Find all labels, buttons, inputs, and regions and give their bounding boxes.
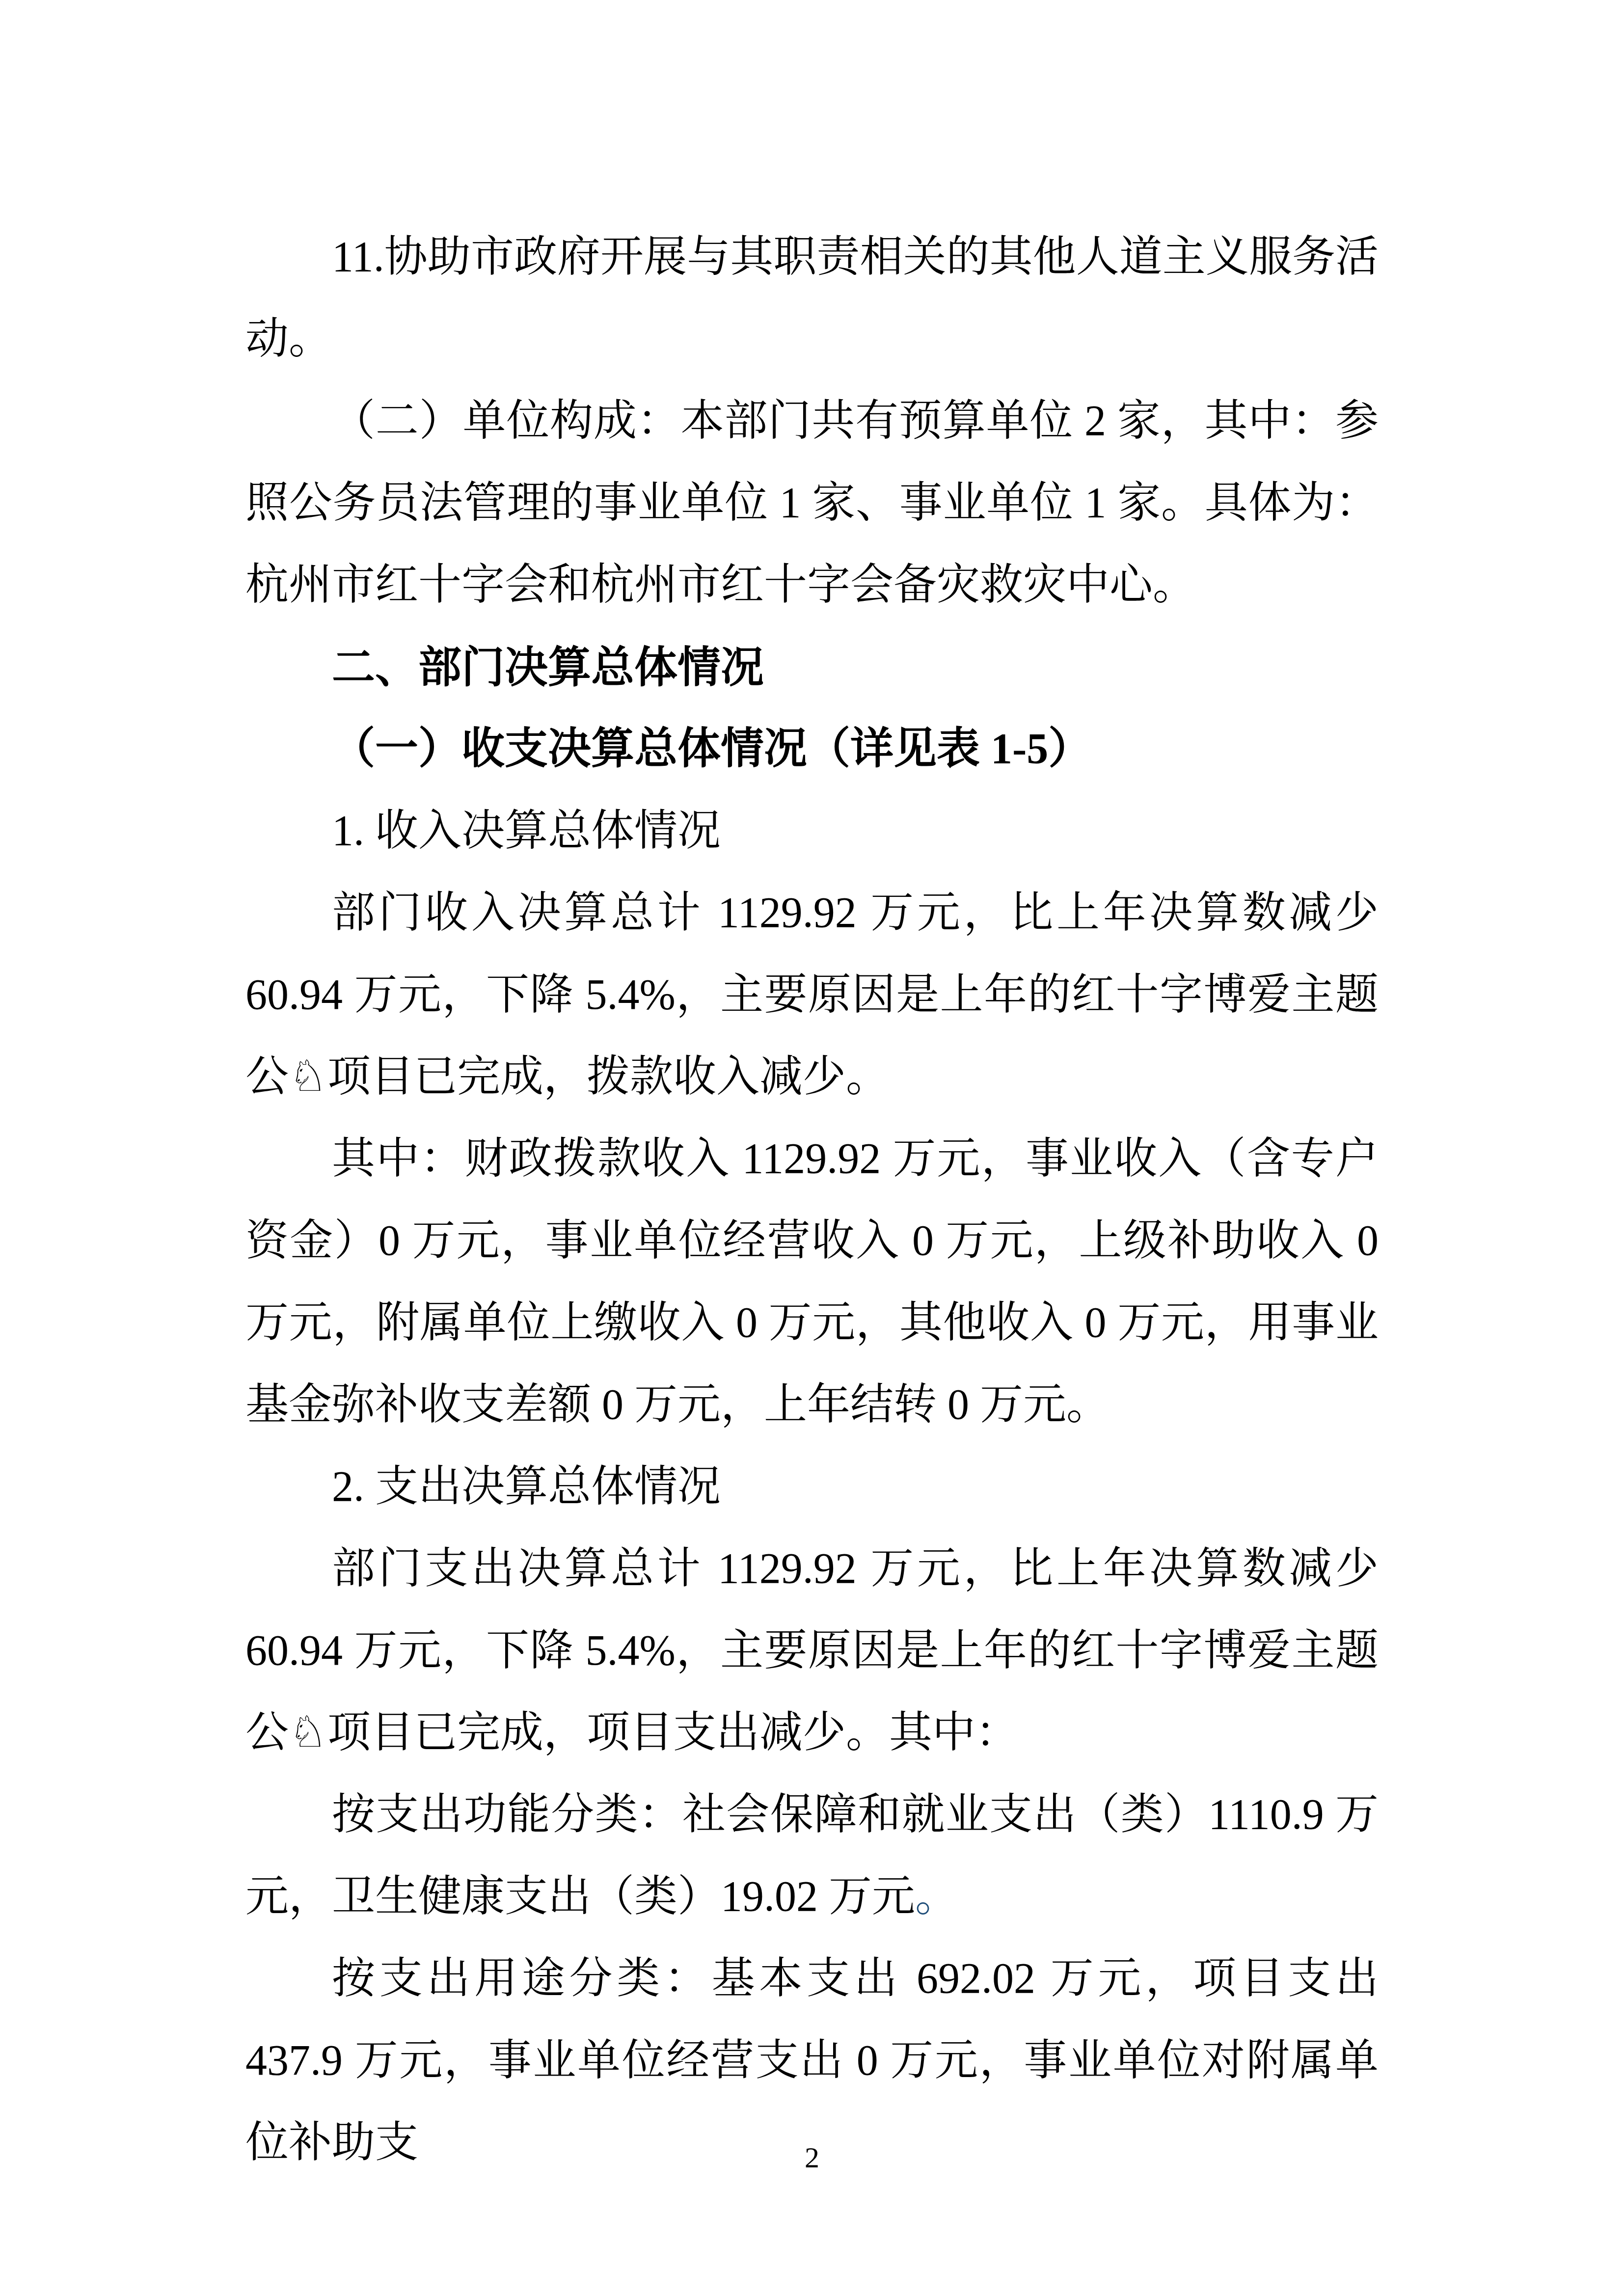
- paragraph-text: 按支出用途分类：基本支出 692.02 万元，项目支出 437.9 万元，事业单…: [245, 1955, 1379, 2166]
- paragraph-unit-composition: （二）单位构成：本部门共有预算单位 2 家，其中：参照公务员法管理的事业单位 1…: [245, 380, 1379, 626]
- paragraph-text: 部门收入决算总计 1129.92 万元，比上年决算数减少 60.94 万元，下降…: [245, 889, 1379, 1101]
- document-page-content: 11.协助市政府开展与其职责相关的其他人道主义服务活动。 （二）单位构成：本部门…: [245, 216, 1379, 2184]
- paragraph-text: 其中：财政拨款收入 1129.92 万元，事业收入（含专户资金）0 万元，事业单…: [245, 1135, 1379, 1429]
- paragraph-text: 11.协助市政府开展与其职责相关的其他人道主义服务活动。: [245, 233, 1379, 363]
- page-number: 2: [0, 2140, 1624, 2175]
- blue-period-punctuation: 。: [915, 1873, 958, 1920]
- paragraph-text: 按支出功能分类：社会保障和就业支出（类）1110.9 万元，卫生健康支出（类）1…: [245, 1791, 1379, 1920]
- heading-text: 二、部门决算总体情况: [332, 643, 764, 691]
- heading-text: 1. 收入决算总体情况: [332, 807, 721, 855]
- heading-text: 2. 支出决算总体情况: [332, 1463, 721, 1511]
- heading-expenditure-overview: 2. 支出决算总体情况: [245, 1446, 1379, 1528]
- paragraph-income-breakdown: 其中：财政拨款收入 1129.92 万元，事业收入（含专户资金）0 万元，事业单…: [245, 1118, 1379, 1446]
- paragraph-expenditure-by-function: 按支出功能分类：社会保障和就业支出（类）1110.9 万元，卫生健康支出（类）1…: [245, 1774, 1379, 1938]
- heading-subsection-1-revenue-expenditure-overview: （一）收支决算总体情况（详见表 1-5）: [245, 708, 1379, 790]
- paragraph-duty-item-11: 11.协助市政府开展与其职责相关的其他人道主义服务活动。: [245, 216, 1379, 380]
- paragraph-expenditure-total: 部门支出决算总计 1129.92 万元，比上年决算数减少 60.94 万元，下降…: [245, 1528, 1379, 1774]
- heading-section-2-department-final-accounts: 二、部门决算总体情况: [245, 626, 1379, 708]
- paragraph-income-total: 部门收入决算总计 1129.92 万元，比上年决算数减少 60.94 万元，下降…: [245, 872, 1379, 1118]
- paragraph-text: （二）单位构成：本部门共有预算单位 2 家，其中：参照公务员法管理的事业单位 1…: [245, 397, 1379, 609]
- heading-text: （一）收支决算总体情况（详见表 1-5）: [332, 725, 1091, 773]
- heading-income-overview: 1. 收入决算总体情况: [245, 790, 1379, 872]
- paragraph-text: 部门支出决算总计 1129.92 万元，比上年决算数减少 60.94 万元，下降…: [245, 1545, 1379, 1756]
